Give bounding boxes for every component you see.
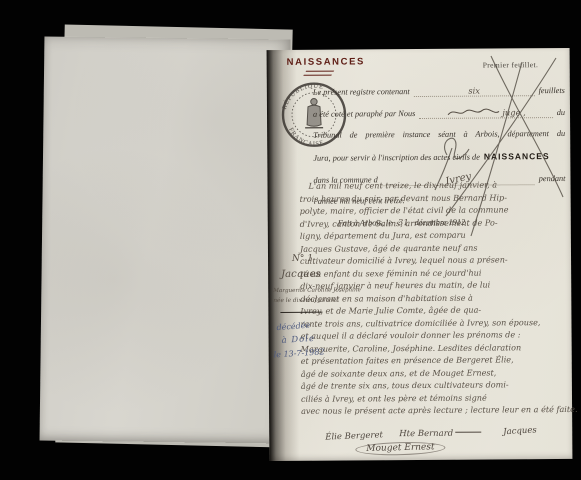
margin-firstnames: Marguerite Caroline Joséphine bbox=[273, 287, 361, 294]
form-line-1-text: Le présent registre contenant bbox=[313, 87, 410, 97]
form-line-2: a été coté et paraphé par Nous juge , du bbox=[313, 107, 565, 120]
margin-surname: Jacques bbox=[281, 269, 321, 280]
form-line-2-end: du bbox=[557, 108, 565, 117]
form-line-1-end: feuillets bbox=[539, 86, 565, 95]
margin-death-note-place: à Dole bbox=[281, 334, 315, 346]
form-line-3: Tribunal de première instance séant à Ar… bbox=[313, 129, 565, 140]
form-line-4: Jura, pour servir à l'inscription des ac… bbox=[313, 151, 565, 163]
fill-judge-word: juge , bbox=[502, 107, 525, 117]
form-line-1: Le présent registre contenant six feuill… bbox=[313, 85, 565, 98]
register-page: NAISSANCES Premier feuillet. RÉPUBLIQUE … bbox=[267, 48, 573, 461]
act-line: avec nous le présent acte après lecture … bbox=[301, 403, 565, 417]
margin-act-number: N° 1 bbox=[292, 254, 313, 264]
left-blank-page bbox=[40, 37, 291, 444]
signature-mouget: Mouget Ernest bbox=[355, 441, 446, 456]
birth-act-text: L'an mil neuf cent treize, le dix-neuf j… bbox=[299, 178, 565, 417]
fill-sheet-count: six bbox=[468, 86, 480, 96]
first-sheet-label: Premier feuillet. bbox=[483, 60, 539, 69]
form-line-2-text: a été coté et paraphé par Nous bbox=[313, 109, 415, 119]
form-line-4-text: Jura, pour servir à l'inscription des ac… bbox=[313, 153, 480, 163]
signature-father-jacques: Jacques bbox=[503, 425, 537, 437]
signature-bergeret: Élie Bergeret bbox=[325, 430, 383, 442]
signature-mayor-bernard: Hte Bernard bbox=[399, 429, 481, 440]
naissances-stamp: NAISSANCES bbox=[287, 56, 365, 68]
form-naissances-bold: NAISSANCES bbox=[484, 151, 550, 161]
judge-signature-scrawl-icon bbox=[446, 107, 500, 117]
act-line: rante trois ans, cultivatrice domiciliée… bbox=[300, 315, 564, 329]
margin-birth-note: née le dix-neuf janvier bbox=[273, 298, 339, 304]
form-line-3-text: Tribunal de première instance séant à Ar… bbox=[313, 129, 565, 140]
